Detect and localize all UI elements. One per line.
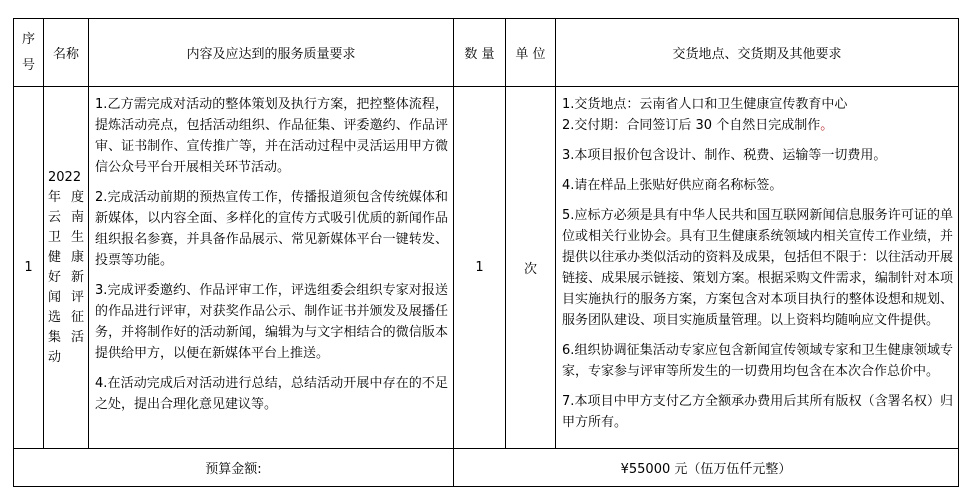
delivery-item-2: 2.交付期：合同签订后 30 个自然日完成制作。 [562, 115, 953, 136]
header-delivery: 交货地点、交货期及其他要求 [556, 19, 959, 87]
delivery-item-3: 3.本项目报价包含设计、制作、税费、运输等一切费用。 [562, 145, 953, 166]
table-row: 1 2022年度云南卫生健康好新闻评选征集活动 1.乙方需完成对活动的整体策划及… [14, 87, 959, 449]
row-index-cell: 1 [14, 87, 44, 449]
delivery-item-1: 1.交货地点：云南省人口和卫生健康宣传教育中心 [562, 94, 953, 115]
budget-value: ¥55000 元（伍万伍仟元整） [454, 449, 959, 487]
delivery-item-6: 6.组织协调征集活动专家应包含新闻宣传领域专家和卫生健康领域专家，专家参与评审等… [562, 340, 953, 382]
content-item-4: 4.在活动完成后对活动进行总结，总结活动开展中存在的不足之处，提出合理化意见建议… [95, 373, 448, 415]
document-page: 序号 名称 内容及应达到的服务质量要求 数 量 单 位 交货地点、交货期及其他要… [0, 0, 975, 490]
content-item-3: 3.完成评委邀约、作品评审工作，评选组委会组织专家对报送的作品进行评审，对获奖作… [95, 280, 448, 364]
header-quantity: 数 量 [454, 19, 506, 87]
delivery-requirements-cell: 1.交货地点：云南省人口和卫生健康宣传教育中心 2.交付期：合同签订后 30 个… [556, 87, 959, 449]
quantity-cell: 1 [454, 87, 506, 449]
header-index: 序号 [14, 19, 44, 87]
delivery-item-7: 7.本项目中甲方支付乙方全额承办费用后其所有版权（含署名权）归甲方所有。 [562, 391, 953, 433]
header-name: 名称 [44, 19, 89, 87]
delivery-item-2-red-period: 。 [820, 118, 833, 133]
header-row: 序号 名称 内容及应达到的服务质量要求 数 量 单 位 交货地点、交货期及其他要… [14, 19, 959, 87]
service-content-cell: 1.乙方需完成对活动的整体策划及执行方案，把控整体流程，提炼活动亮点，包括活动组… [89, 87, 454, 449]
delivery-item-2-text: 2.交付期：合同签订后 30 个自然日完成制作 [562, 118, 820, 133]
header-content: 内容及应达到的服务质量要求 [89, 19, 454, 87]
delivery-item-4: 4.请在样品上张贴好供应商名称标签。 [562, 175, 953, 196]
content-item-1: 1.乙方需完成对活动的整体策划及执行方案，把控整体流程，提炼活动亮点，包括活动组… [95, 94, 448, 178]
budget-row: 预算金额: ¥55000 元（伍万伍仟元整） [14, 449, 959, 487]
delivery-item-5: 5.应标方必须是具有中华人民共和国互联网新闻信息服务许可证的单位或相关行业协会。… [562, 205, 953, 331]
project-name-cell: 2022年度云南卫生健康好新闻评选征集活动 [44, 87, 89, 449]
header-unit: 单 位 [506, 19, 556, 87]
project-name: 2022年度云南卫生健康好新闻评选征集活动 [48, 168, 84, 368]
budget-label: 预算金额: [14, 449, 454, 487]
content-item-2: 2.完成活动前期的预热宣传工作，传播报道须包含传统媒体和新媒体，以内容全面、多样… [95, 187, 448, 271]
procurement-requirements-table: 序号 名称 内容及应达到的服务质量要求 数 量 单 位 交货地点、交货期及其他要… [13, 18, 959, 487]
unit-cell: 次 [506, 87, 556, 449]
